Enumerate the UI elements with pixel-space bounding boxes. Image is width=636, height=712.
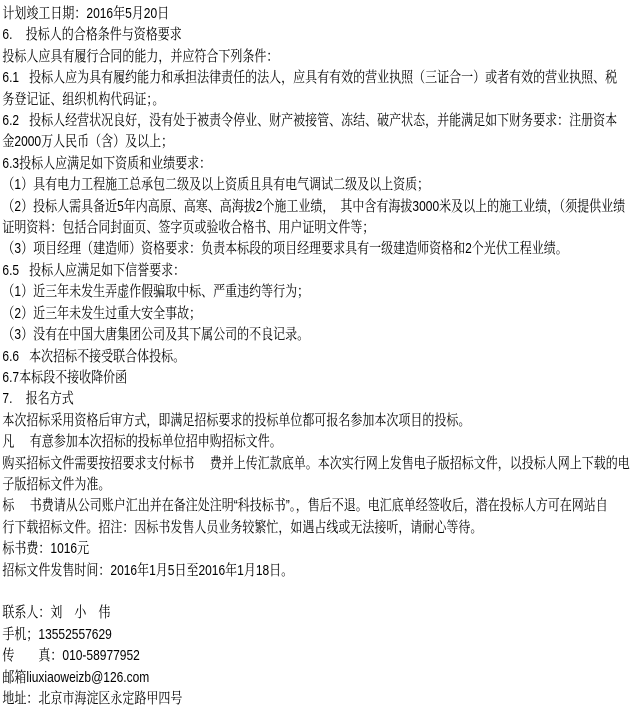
document-line: 本次招标采用资格后审方式，即满足招标要求的投标单位都可报名参加本次项目的投标。 bbox=[2, 410, 636, 431]
document-line: 金2000万人民币（含）及以上； bbox=[2, 131, 636, 152]
tender-notice-page: 计划竣工日期：2016年5月20日6. 投标人的合格条件与资格要求投标人应具有履… bbox=[0, 0, 636, 712]
document-line: （3）项目经理（建造师）资格要求：负责本标段的项目经理要求具有一级建造师资格和2… bbox=[2, 238, 636, 259]
document-line: 行下载招标文件。招注：因标书发售人员业务较繁忙，如遇占线或无法接听，请耐心等待。 bbox=[2, 517, 636, 538]
document-body: 计划竣工日期：2016年5月20日6. 投标人的合格条件与资格要求投标人应具有履… bbox=[0, 0, 636, 709]
document-line: 传 真：010-58977952 bbox=[2, 645, 636, 666]
document-line: 计划竣工日期：2016年5月20日 bbox=[2, 3, 636, 24]
document-line: 6.7本标段不接收降价函 bbox=[2, 367, 636, 388]
document-line: （1）具有电力工程施工总承包二级及以上资质且具有电气调试二级及以上资质； bbox=[2, 174, 636, 195]
document-line bbox=[2, 581, 636, 602]
document-line: （2）近三年未发生过重大安全事故； bbox=[2, 303, 636, 324]
document-line: 6.5 投标人应满足如下信誉要求： bbox=[2, 260, 636, 281]
document-line: （1）近三年未发生弄虚作假骗取中标、严重违约等行为； bbox=[2, 281, 636, 302]
document-line: 证明资料：包括合同封面页、签字页或验收合格书、用户证明文件等； bbox=[2, 217, 636, 238]
document-line: 标书费：1016元 bbox=[2, 538, 636, 559]
document-line: 凡 有意参加本次招标的投标单位招申购招标文件。 bbox=[2, 431, 636, 452]
document-line: 地址：北京市海淀区永定路甲四号 bbox=[2, 688, 636, 709]
document-line: 投标人应具有履行合同的能力，并应符合下列条件： bbox=[2, 46, 636, 67]
document-line: 7. 报名方式 bbox=[2, 388, 636, 409]
document-line: 邮箱liuxiaoweizb@126.com bbox=[2, 667, 636, 688]
document-line: 子版招标文件为准。 bbox=[2, 474, 636, 495]
document-line: 招标文件发售时间：2016年1月5日至2016年1月18日。 bbox=[2, 560, 636, 581]
document-line: 务登记证、组织机构代码证；。 bbox=[2, 89, 636, 110]
document-line: 联系人：刘 小 伟 bbox=[2, 602, 636, 623]
document-line: （2）投标人需具备近5年内高原、高寒、高海拔2个施工业绩， 其中含有海拔3000… bbox=[2, 196, 636, 217]
document-line: 6.1 投标人应为具有履约能力和承担法律责任的法人，应具有有效的营业执照（三证合… bbox=[2, 67, 636, 88]
document-line: 6.3投标人应满足如下资质和业绩要求： bbox=[2, 153, 636, 174]
document-line: 6.6 本次招标不接受联合体投标。 bbox=[2, 346, 636, 367]
document-line: 6.2 投标人经营状况良好，没有处于被责令停业、财产被接管、冻结、破产状态，并能… bbox=[2, 110, 636, 131]
document-line: （3）没有在中国大唐集团公司及其下属公司的不良记录。 bbox=[2, 324, 636, 345]
document-line: 标 书费请从公司账户汇出并在备注处注明“科技标书”。，售后不退。电汇底单经签收后… bbox=[2, 495, 636, 516]
document-line: 购买招标文件需要按招要求支付标书 费并上传汇款底单。本次实行网上发售电子版招标文… bbox=[2, 453, 636, 474]
document-line: 手机；13552557629 bbox=[2, 624, 636, 645]
document-line: 6. 投标人的合格条件与资格要求 bbox=[2, 24, 636, 45]
